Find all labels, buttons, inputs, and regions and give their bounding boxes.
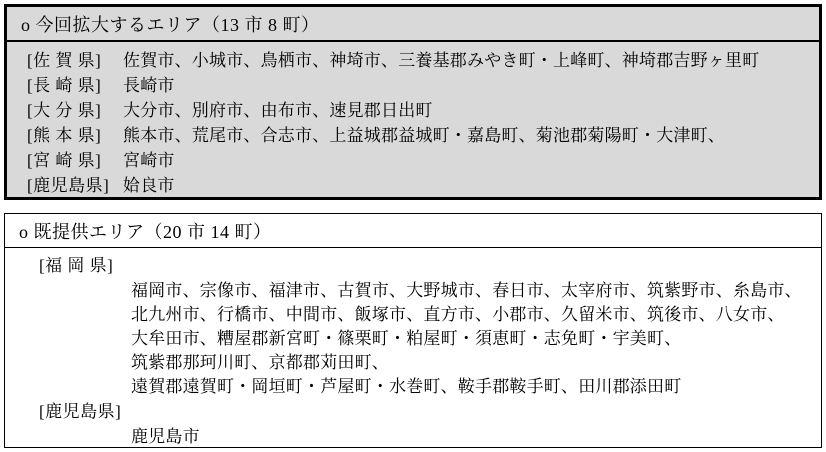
table-row: [大 分 県] 大分市、別府市、由布市、速見郡日出町 <box>27 98 811 123</box>
prefecture-label: [大 分 県] <box>27 98 123 123</box>
table-row: [鹿児島県] 姶良市 <box>27 173 811 198</box>
prefecture-label: [鹿児島県] <box>39 399 813 425</box>
prefecture-areas-block: 鹿児島市 <box>131 425 813 449</box>
prefecture-areas: 長崎市 <box>123 73 175 98</box>
prefecture-section-kagoshima: [鹿児島県] 鹿児島市 <box>39 399 813 449</box>
table-row: [宮 崎 県] 宮崎市 <box>27 148 811 173</box>
city-line: 筑紫郡那珂川町、京都郡苅田町、 <box>131 351 813 375</box>
prefecture-section-fukuoka: [福 岡 県] 福岡市、宗像市、福津市、古賀市、大野城市、春日市、太宰府市、筑紫… <box>39 253 813 399</box>
prefecture-areas-block: 福岡市、宗像市、福津市、古賀市、大野城市、春日市、太宰府市、筑紫野市、糸島市、 … <box>131 279 813 399</box>
prefecture-label: [熊 本 県] <box>27 123 123 148</box>
prefecture-areas: 熊本市、荒尾市、合志市、上益城郡益城町・嘉島町、菊池郡菊陽町・大津町、 <box>123 123 725 148</box>
expanded-area-title: o 今回拡大するエリア（13 市 8 町） <box>7 7 819 42</box>
city-line: 北九州市、行橋市、中間市、飯塚市、直方市、小郡市、久留米市、筑後市、八女市、 <box>131 303 813 327</box>
expanded-area-box: o 今回拡大するエリア（13 市 8 町） [佐 賀 県] 佐賀市、小城市、鳥栖… <box>4 4 822 200</box>
prefecture-label: [長 崎 県] <box>27 73 123 98</box>
prefecture-label: [佐 賀 県] <box>27 48 123 73</box>
city-line: 鹿児島市 <box>131 425 813 449</box>
existing-area-body: [福 岡 県] 福岡市、宗像市、福津市、古賀市、大野城市、春日市、太宰府市、筑紫… <box>5 248 821 449</box>
prefecture-areas: 姶良市 <box>123 173 175 198</box>
prefecture-label: [宮 崎 県] <box>27 148 123 173</box>
expanded-area-body: [佐 賀 県] 佐賀市、小城市、鳥栖市、神埼市、三養基郡みやき町・上峰町、神埼郡… <box>7 42 819 198</box>
city-line: 大牟田市、糟屋郡新宮町・篠栗町・粕屋町・須恵町・志免町・宇美町、 <box>131 327 813 351</box>
document-page: o 今回拡大するエリア（13 市 8 町） [佐 賀 県] 佐賀市、小城市、鳥栖… <box>0 0 826 452</box>
city-line: 遠賀郡遠賀町・岡垣町・芦屋町・水巻町、鞍手郡鞍手町、田川郡添田町 <box>131 375 813 399</box>
prefecture-areas: 大分市、別府市、由布市、速見郡日出町 <box>123 98 433 123</box>
existing-area-box: o 既提供エリア（20 市 14 町） [福 岡 県] 福岡市、宗像市、福津市、… <box>4 213 822 448</box>
table-row: [長 崎 県] 長崎市 <box>27 73 811 98</box>
existing-area-title: o 既提供エリア（20 市 14 町） <box>5 214 821 248</box>
prefecture-areas: 佐賀市、小城市、鳥栖市、神埼市、三養基郡みやき町・上峰町、神埼郡吉野ヶ里町 <box>123 48 759 73</box>
prefecture-areas: 宮崎市 <box>123 148 175 173</box>
prefecture-label: [福 岡 県] <box>39 253 813 279</box>
table-row: [熊 本 県] 熊本市、荒尾市、合志市、上益城郡益城町・嘉島町、菊池郡菊陽町・大… <box>27 123 811 148</box>
table-row: [佐 賀 県] 佐賀市、小城市、鳥栖市、神埼市、三養基郡みやき町・上峰町、神埼郡… <box>27 48 811 73</box>
city-line: 福岡市、宗像市、福津市、古賀市、大野城市、春日市、太宰府市、筑紫野市、糸島市、 <box>131 279 813 303</box>
prefecture-label: [鹿児島県] <box>27 173 123 198</box>
